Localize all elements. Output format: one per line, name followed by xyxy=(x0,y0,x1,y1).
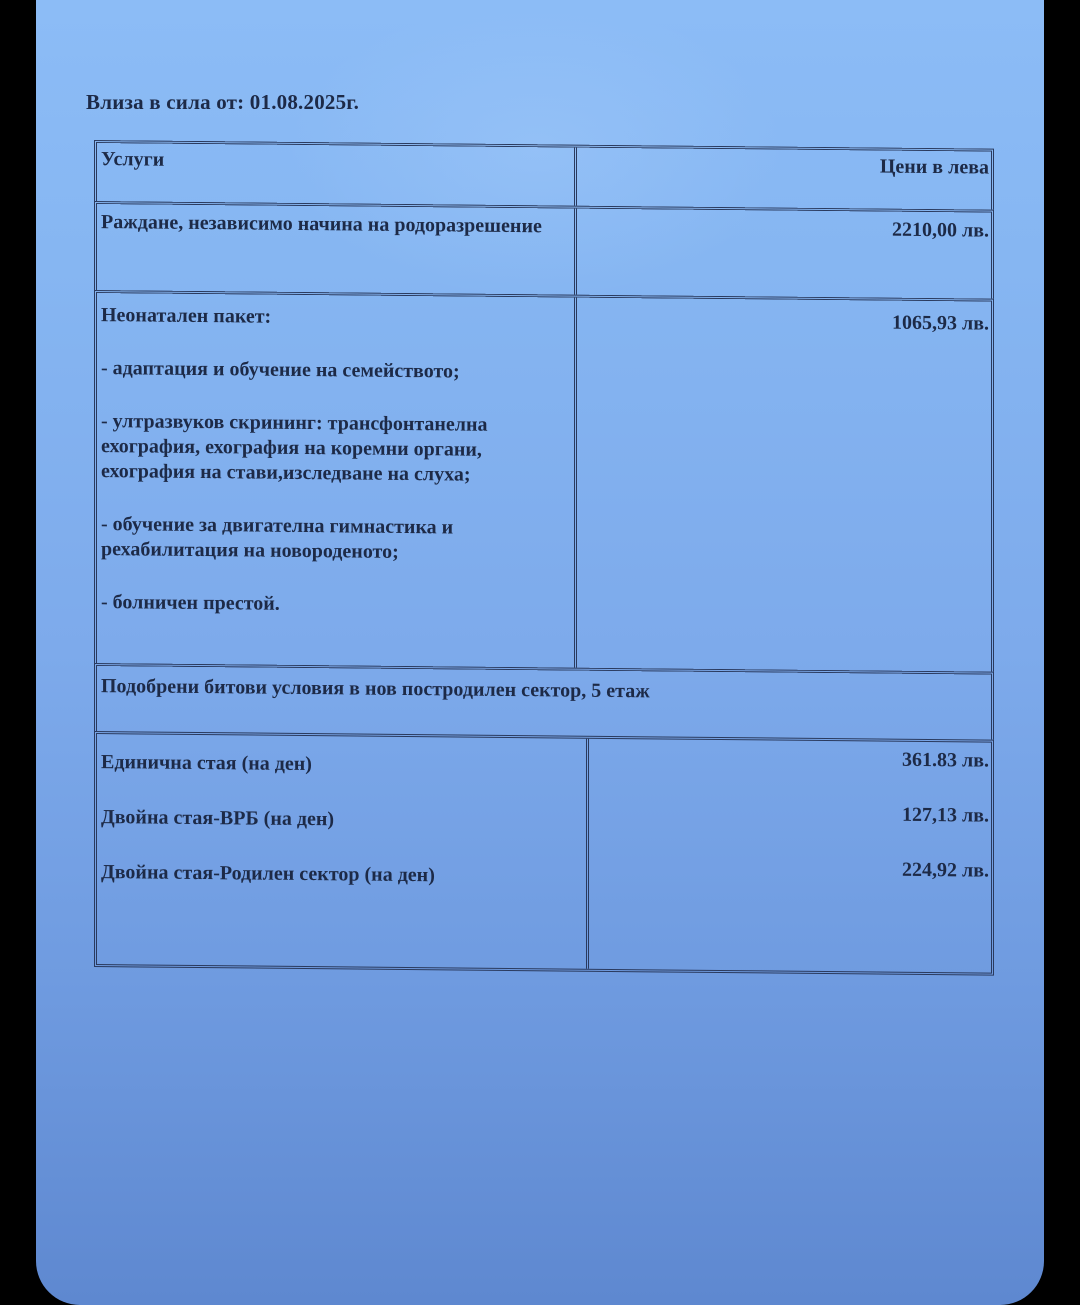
header-services: Услуги xyxy=(97,143,577,206)
price-table: Услуги Цени в лева Раждане, независимо н… xyxy=(94,140,994,976)
room-name: Двойна стая-ВРБ (на ден) xyxy=(101,795,584,855)
effective-date: Влиза в сила от: 01.08.2025г. xyxy=(86,90,359,115)
table-row-rooms: Единична стая (на ден) Двойна стая-ВРБ (… xyxy=(94,731,994,976)
room-price: 361.83 лв. xyxy=(593,745,989,804)
birth-price: 2210,00 лв. xyxy=(577,209,991,299)
rooms-prices: 361.83 лв. 127,13 лв. 224,92 лв. xyxy=(589,739,991,973)
neonatal-item: - ултразвуков скрининг: трансфонтанелна … xyxy=(101,409,572,489)
rooms-names: Единична стая (на ден) Двойна стая-ВРБ (… xyxy=(97,734,589,969)
birth-service: Раждане, независимо начина на родоразреш… xyxy=(97,204,577,295)
neonatal-title: Неонатален пакет: xyxy=(101,303,572,333)
table-row-birth: Раждане, независимо начина на родоразреш… xyxy=(94,201,994,299)
neonatal-item: - обучение за двигателна гимнастика и ре… xyxy=(101,512,572,567)
table-row-conditions: Подобрени битови условия в нов построди­… xyxy=(94,663,994,740)
neonatal-item: - болничен престой. xyxy=(101,590,572,620)
room-name: Единична стая (на ден) xyxy=(101,740,584,800)
neonatal-service: Неонатален пакет: - адаптация и обучение… xyxy=(97,293,577,668)
neonatal-item: - адаптация и обучение на семейството; xyxy=(101,356,572,386)
conditions-heading: Подобрени битови условия в нов построди­… xyxy=(97,666,991,740)
table-row-neonatal: Неонатален пакет: - адаптация и обучение… xyxy=(94,290,994,672)
table-header-row: Услуги Цени в лева xyxy=(94,140,994,210)
room-price: 127,13 лв. xyxy=(593,800,989,859)
document-photo: Влиза в сила от: 01.08.2025г. Услуги Цен… xyxy=(36,0,1044,1305)
header-prices: Цени в лева xyxy=(577,148,991,210)
neonatal-price: 1065,93 лв. xyxy=(577,298,991,672)
room-price: 224,92 лв. xyxy=(593,855,989,914)
room-name: Двойна стая-Родилен сектор (на ден) xyxy=(101,850,584,910)
